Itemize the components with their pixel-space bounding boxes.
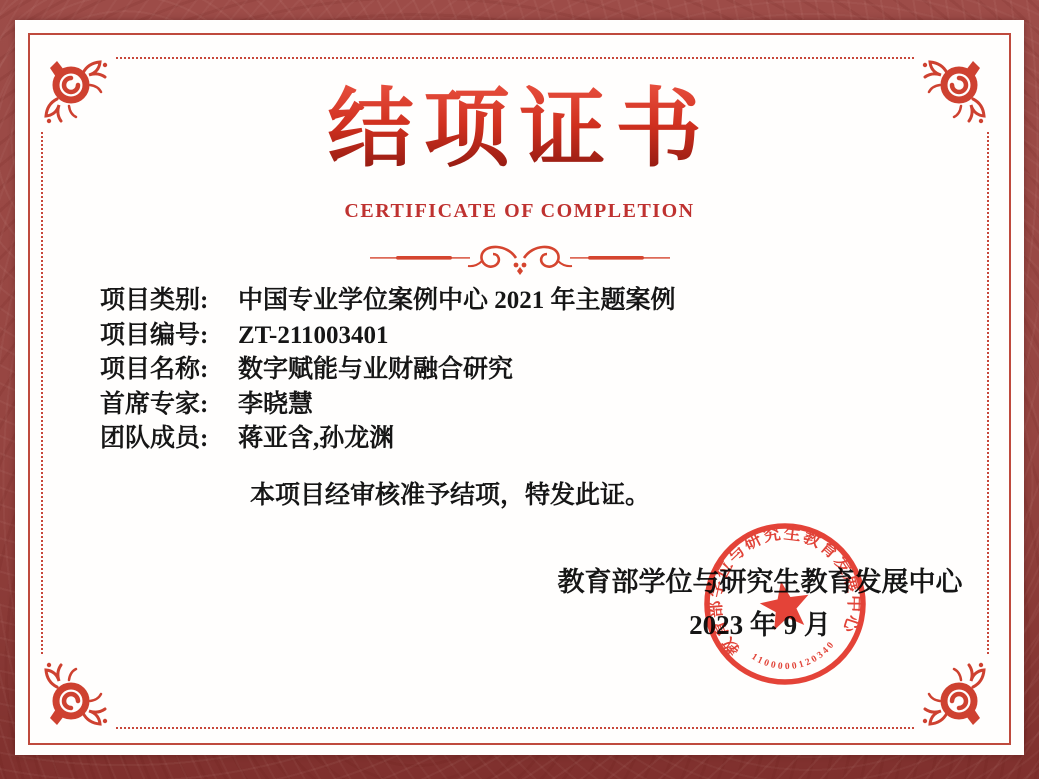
field-row-chief-expert: 首席专家: 李晓慧 [100, 388, 676, 423]
field-label: 项目名称: [100, 353, 238, 388]
field-value: 数字赋能与业财融合研究 [238, 353, 513, 388]
field-row-name: 项目名称: 数字赋能与业财融合研究 [100, 353, 676, 388]
field-value: 中国专业学位案例中心 2021 年主题案例 [238, 284, 676, 319]
field-row-category: 项目类别: 中国专业学位案例中心 2021 年主题案例 [100, 284, 676, 319]
completion-statement: 本项目经审核准予结项，特发此证。 [250, 479, 676, 513]
certificate-subtitle: CERTIFICATE OF COMPLETION [15, 200, 1024, 223]
official-seal: 教育部学位与研究生教育发展中心 1100000120340 [698, 517, 872, 691]
field-value: 蒋亚含,孙龙渊 [238, 422, 394, 457]
field-label: 首席专家: [100, 388, 238, 423]
field-row-team-members: 团队成员: 蒋亚含,孙龙渊 [100, 422, 676, 457]
certificate-page: 结项证书 CERTIFICATE OF COMPLETION [0, 0, 1039, 779]
field-label: 团队成员: [100, 422, 238, 457]
certificate-title: 结项证书 [15, 82, 1024, 177]
flourish-divider-icon [370, 238, 670, 283]
project-fields: 项目类别: 中国专业学位案例中心 2021 年主题案例 项目编号: ZT-211… [100, 284, 676, 513]
seal-star-icon [757, 577, 814, 632]
field-label: 项目编号: [100, 319, 238, 354]
field-row-number: 项目编号: ZT-211003401 [100, 319, 676, 354]
field-label: 项目类别: [100, 284, 238, 319]
field-value: ZT-211003401 [238, 319, 389, 354]
corner-flourish-icon [915, 655, 995, 735]
corner-flourish-icon [35, 655, 115, 735]
certificate-sheet: 结项证书 CERTIFICATE OF COMPLETION [15, 20, 1024, 755]
field-value: 李晓慧 [238, 388, 313, 423]
